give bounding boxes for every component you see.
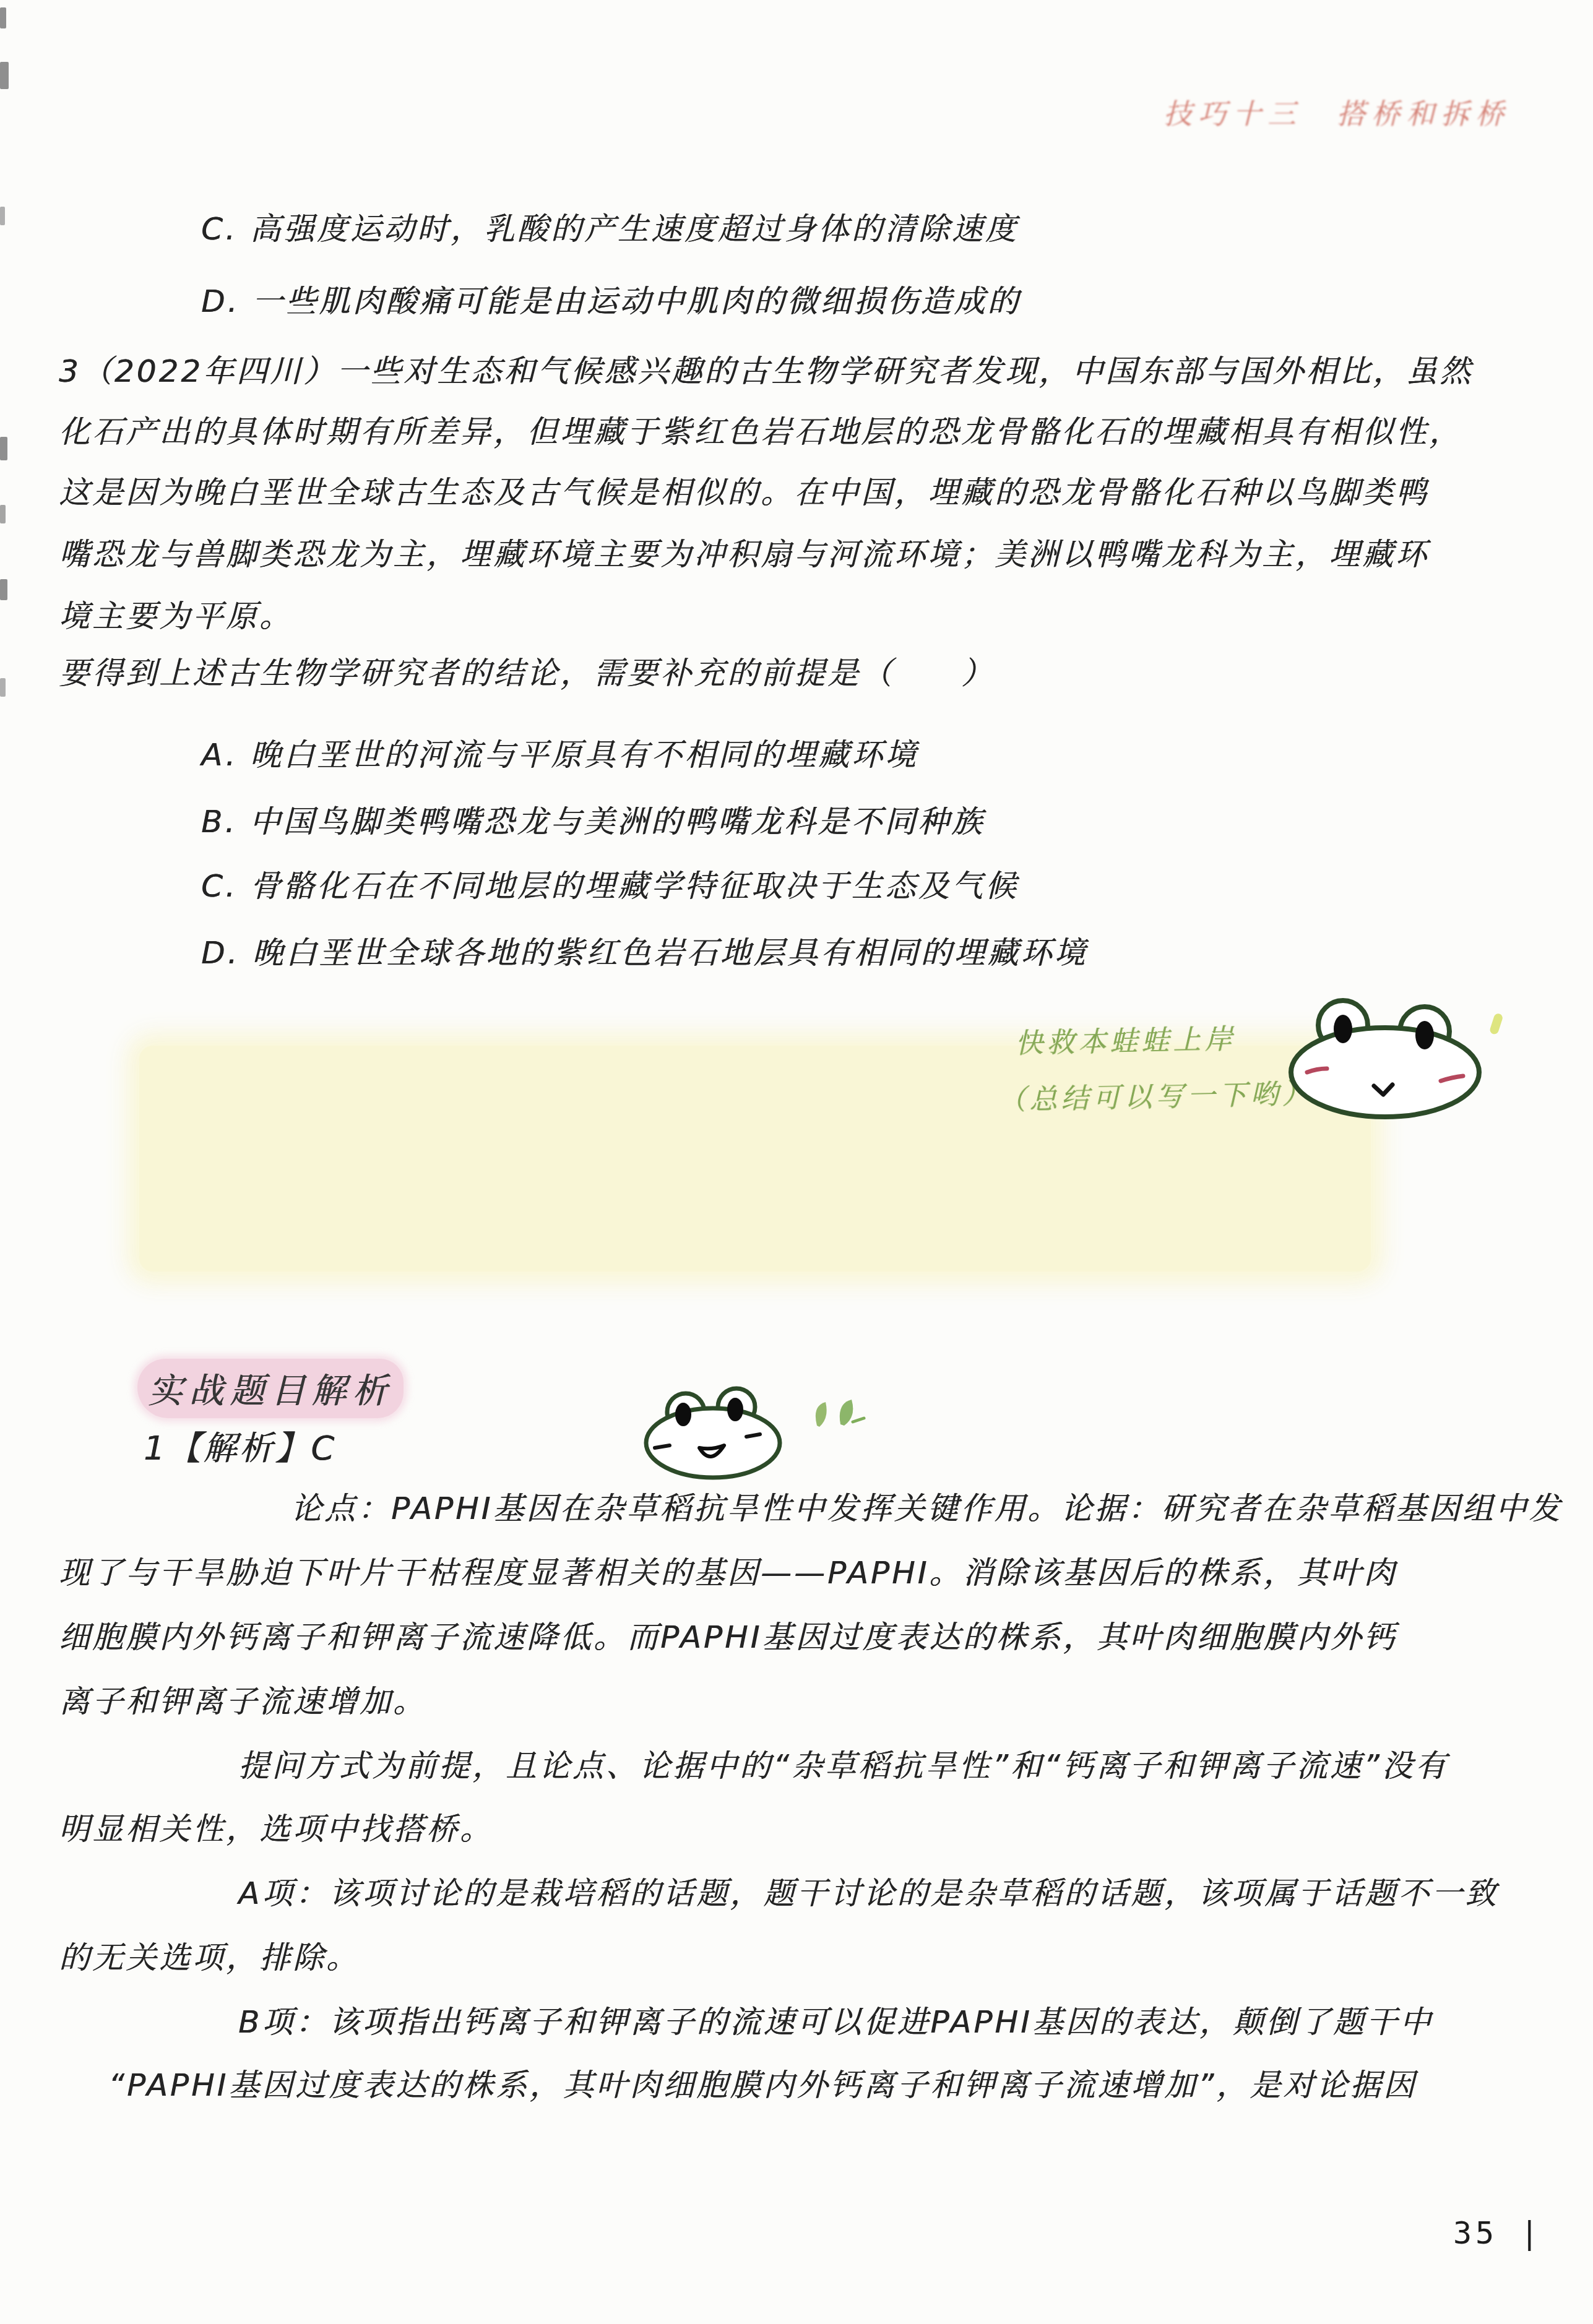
binding-mark (0, 62, 9, 89)
q2-option-c: C. 高强度运动时，乳酸的产生速度超过身体的清除速度 (201, 204, 1019, 249)
section-title: 实战题目解析 (148, 1364, 393, 1413)
analysis-line: 离子和钾离子流速增加。 (59, 1677, 426, 1721)
binding-mark (0, 437, 7, 460)
q3-option-c: C. 骨骼化石在不同地层的埋藏学特征取决于生态及气候 (201, 861, 1019, 906)
q3-prompt: 要得到上述古生物学研究者的结论，需要补充的前提是（ ） (59, 648, 995, 693)
binding-mark (0, 678, 6, 697)
analysis-line: B项：该项指出钙离子和钾离子的流速可以促进PAPHI基因的表达，颠倒了题干中 (238, 1997, 1433, 2042)
frog-doodle-icon (637, 1386, 792, 1485)
q2-option-d: D. 一些肌肉酸痛可能是由运动中肌肉的微细损伤造成的 (201, 277, 1021, 321)
chapter-header: 技巧十三 搭桥和拆桥 (1163, 92, 1510, 132)
analysis-line: 的无关选项，排除。 (59, 1933, 360, 1978)
margin-note-line: （总结可以写一下哟） (997, 1071, 1313, 1118)
q3-stem-line: 嘴恐龙与兽脚类恐龙为主，埋藏环境主要为冲积扇与河流环境；美洲以鸭嘴龙科为主，埋藏… (59, 530, 1429, 574)
q3-stem-line: 3（2022年四川）一些对生态和气候感兴趣的古生物学研究者发现，中国东部与国外相… (59, 346, 1473, 391)
analysis-line: 提问方式为前提，且论点、论据中的“杂草稻抗旱性”和“钙离子和钾离子流速”没有 (238, 1741, 1449, 1786)
page-number: 35 | (1453, 2215, 1542, 2251)
analysis-line: A项：该项讨论的是栽培稻的话题，题干讨论的是杂草稻的话题，该项属于话题不一致 (238, 1869, 1498, 1913)
q3-option-d: D. 晚白垩世全球各地的紫红色岩石地层具有相同的埋藏环境 (201, 928, 1087, 973)
binding-mark (0, 207, 5, 225)
binding-mark (0, 579, 7, 600)
analysis-line: “PAPHI基因过度表达的株系，其叶肉细胞膜内外钙离子和钾离子流速增加”，是对论… (108, 2060, 1417, 2105)
q3-stem-line: 这是因为晚白垩世全球古生态及古气候是相似的。在中国，埋藏的恐龙骨骼化石种以鸟脚类… (59, 468, 1429, 512)
margin-note-line: 快救本蛙蛙上岸 (1014, 1016, 1236, 1061)
leaf-doodle-icon (805, 1393, 873, 1437)
sparkle-doodle-icon (1484, 1010, 1509, 1041)
frog-doodle-icon (1281, 993, 1492, 1123)
q3-stem-line: 化石产出的具体时期有所差异，但埋藏于紫红色岩石地层的恐龙骨骼化石的埋藏相具有相似… (59, 407, 1462, 452)
analysis-item1-answer: 1【解析】C (144, 1422, 337, 1470)
q3-stem-line: 境主要为平原。 (59, 592, 293, 636)
analysis-line: 论点：PAPHI基因在杂草稻抗旱性中发挥关键作用。论据：研究者在杂草稻基因组中发 (291, 1484, 1562, 1528)
q3-option-a: A. 晚白垩世的河流与平原具有不相同的埋藏环境 (201, 730, 918, 775)
binding-mark (0, 7, 6, 28)
analysis-line: 细胞膜内外钙离子和钾离子流速降低。而PAPHI基因过度表达的株系，其叶肉细胞膜内… (59, 1612, 1397, 1657)
binding-mark (0, 505, 6, 523)
q3-option-b: B. 中国鸟脚类鸭嘴恐龙与美洲的鸭嘴龙科是不同种族 (201, 797, 985, 841)
analysis-line: 现了与干旱胁迫下叶片干枯程度显著相关的基因——PAPHI。消除该基因后的株系，其… (59, 1548, 1397, 1593)
analysis-line: 明显相关性，选项中找搭桥。 (59, 1804, 493, 1849)
textbook-page: 技巧十三 搭桥和拆桥 C. 高强度运动时，乳酸的产生速度超过身体的清除速度 D.… (0, 0, 1593, 2324)
section-title-highlight: 实战题目解析 (137, 1359, 404, 1418)
